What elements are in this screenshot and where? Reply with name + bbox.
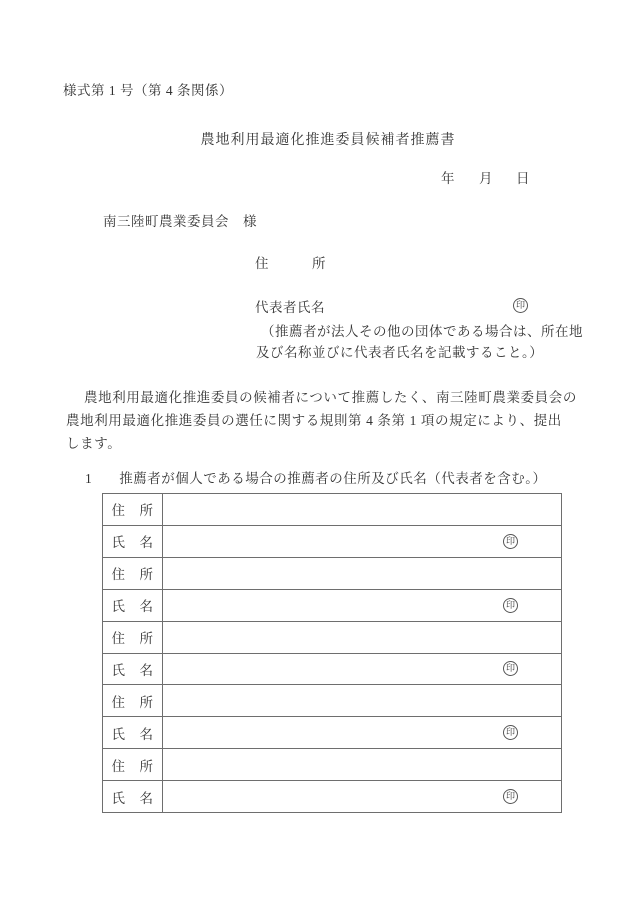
seal-mark-icon: 印 (503, 725, 518, 740)
row-label: 氏 名 (103, 654, 163, 685)
row-label: 住 所 (103, 622, 163, 653)
row-label: 氏 名 (103, 590, 163, 621)
section-1-heading: 1推薦者が個人である場合の推薦者の住所及び氏名（代表者を含む。） (85, 471, 547, 487)
name-field-cell: 印 (163, 654, 561, 685)
form-number: 様式第 1 号（第 4 条関係） (63, 83, 233, 99)
representative-name-label: 代表者氏名 (255, 300, 325, 316)
recommenders-table: 住 所 氏 名 印 住 所 氏 名 印 住 所 氏 名 印 住 所 氏 名 (102, 493, 562, 813)
name-field-cell: 印 (163, 781, 561, 812)
body-line-3: します。 (66, 432, 566, 455)
table-row-address: 住 所 (103, 748, 561, 780)
document-title: 農地利用最適化推進委員候補者推薦書 (0, 132, 630, 149)
table-row-name: 氏 名 印 (103, 780, 561, 812)
table-row-address: 住 所 (103, 494, 561, 525)
address-field-cell (163, 494, 561, 525)
address-field-cell (163, 685, 561, 716)
table-row-name: 氏 名 印 (103, 589, 561, 621)
name-field-cell: 印 (163, 717, 561, 748)
table-row-name: 氏 名 印 (103, 653, 561, 685)
table-row-address: 住 所 (103, 684, 561, 716)
body-line-2: 農地利用最適化推進委員の選任に関する規則第 4 条第 1 項の規定により、提出 (66, 409, 566, 432)
note-line-1: （推薦者が法人その他の団体である場合は、所在地 (261, 324, 583, 340)
row-label: 氏 名 (103, 526, 163, 557)
row-label: 住 所 (103, 494, 163, 525)
address-field-cell (163, 749, 561, 780)
recipient-line: 南三陸町農業委員会 様 (103, 214, 257, 230)
document-page: 様式第 1 号（第 4 条関係） 農地利用最適化推進委員候補者推薦書 年 月 日… (0, 0, 630, 915)
address-label-left: 住 (255, 256, 269, 272)
seal-mark-icon: 印 (503, 534, 518, 549)
section-1-number: 1 (85, 471, 92, 486)
row-label: 氏 名 (103, 781, 163, 812)
date-month-label: 月 (479, 171, 493, 187)
row-label: 住 所 (103, 749, 163, 780)
table-row-address: 住 所 (103, 557, 561, 589)
name-field-cell: 印 (163, 526, 561, 557)
table-row-name: 氏 名 印 (103, 525, 561, 557)
date-year-label: 年 (441, 171, 455, 187)
table-row-name: 氏 名 印 (103, 716, 561, 748)
name-field-cell: 印 (163, 590, 561, 621)
note-line-2: 及び名称並びに代表者氏名を記載すること。） (256, 345, 543, 361)
body-line-1: 農地利用最適化推進委員の候補者について推薦したく、南三陸町農業委員会の (66, 386, 566, 409)
date-day-label: 日 (516, 171, 530, 187)
row-label: 氏 名 (103, 717, 163, 748)
table-row-address: 住 所 (103, 621, 561, 653)
row-label: 住 所 (103, 558, 163, 589)
address-field-cell (163, 558, 561, 589)
seal-mark-icon: 印 (513, 298, 528, 313)
address-label-right: 所 (312, 256, 326, 272)
body-paragraph: 農地利用最適化推進委員の候補者について推薦したく、南三陸町農業委員会の 農地利用… (66, 386, 566, 455)
seal-mark-icon: 印 (503, 598, 518, 613)
address-field-cell (163, 622, 561, 653)
seal-mark-icon: 印 (503, 661, 518, 676)
seal-mark-icon: 印 (503, 789, 518, 804)
row-label: 住 所 (103, 685, 163, 716)
section-1-title: 推薦者が個人である場合の推薦者の住所及び氏名（代表者を含む。） (119, 471, 546, 486)
